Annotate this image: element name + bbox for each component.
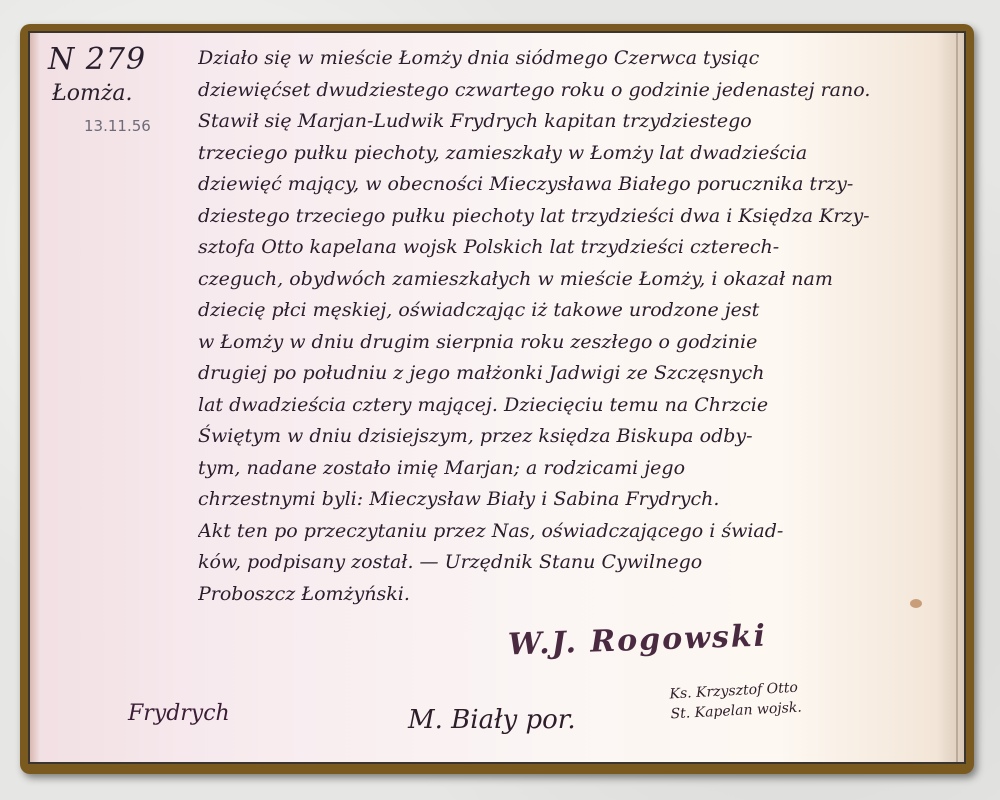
entry-body: Działo się w mieście Łomży dnia siódmego… <box>198 43 966 610</box>
pencil-date-note: 13.11.56 <box>84 117 188 135</box>
entry-line: w Łomży w dniu drugim sierpnia roku zesz… <box>198 327 966 359</box>
witness-signature-bialy: M. Biały por. <box>408 705 576 735</box>
entry-line: Akt ten po przeczytaniu przez Nas, oświa… <box>198 516 966 548</box>
picture-frame: N 279 Łomża. 13.11.56 Działo się w mieśc… <box>20 24 974 774</box>
register-page: N 279 Łomża. 13.11.56 Działo się w mieśc… <box>28 31 966 764</box>
entry-line: dziestego trzeciego pułku piechoty lat t… <box>198 201 966 233</box>
entry-line: dziecię płci męskiej, oświadczając iż ta… <box>198 295 966 327</box>
entry-line: tym, nadane zostało imię Marjan; a rodzi… <box>198 453 966 485</box>
father-signature: Frydrych <box>128 701 230 726</box>
entry-line: ków, podpisany został. — Urzędnik Stanu … <box>198 547 966 579</box>
entry-line: czeguch, obydwóch zamieszkałych w mieści… <box>198 264 966 296</box>
entry-line: Świętym w dniu dzisiejszym, przez księdz… <box>198 421 966 453</box>
entry-line: trzeciego pułku piechoty, zamieszkały w … <box>198 138 966 170</box>
margin-column: N 279 Łomża. 13.11.56 <box>48 41 188 135</box>
act-number: N 279 <box>48 41 188 79</box>
entry-line: dziewięć mający, w obecności Mieczysława… <box>198 169 966 201</box>
entry-line: drugiej po południu z jego małżonki Jadw… <box>198 358 966 390</box>
ink-stain <box>910 599 922 608</box>
entry-line: Działo się w mieście Łomży dnia siódmego… <box>198 43 966 75</box>
entry-line: dziewięćset dwudziestego czwartego roku … <box>198 75 966 107</box>
entry-line: lat dwadzieścia cztery mającej. Dziecięc… <box>198 390 966 422</box>
entry-line: sztofa Otto kapelana wojsk Polskich lat … <box>198 232 966 264</box>
entry-line: chrzestnymi byli: Mieczysław Biały i Sab… <box>198 484 966 516</box>
entry-line: Stawił się Marjan-Ludwik Frydrych kapita… <box>198 106 966 138</box>
entry-line: Proboszcz Łomżyński. <box>198 579 966 611</box>
place-name: Łomża. <box>52 79 188 109</box>
official-signature: W.J. Rogowski <box>507 618 767 662</box>
witness-signature-otto: Ks. Krzysztof Otto St. Kapelan wojsk. <box>669 678 802 725</box>
